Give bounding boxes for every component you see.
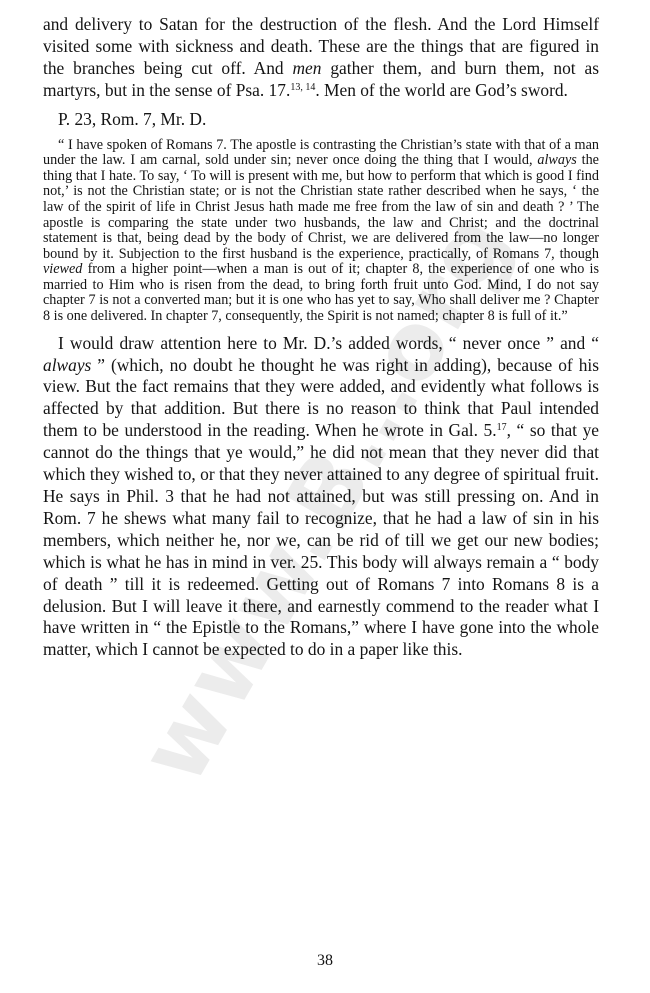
document-page: and delivery to Satan for the destructio…: [43, 14, 599, 661]
italic-text: always: [43, 355, 91, 375]
reference-heading: P. 23, Rom. 7, Mr. D.: [58, 109, 599, 131]
text-run: the thing that I hate. To say, ‘ To will…: [43, 152, 599, 262]
paragraph-1: and delivery to Satan for the destructio…: [43, 14, 599, 102]
page-number: 38: [0, 952, 650, 970]
verse-superscript: 17: [497, 422, 507, 433]
paragraph-2: I would draw attention here to Mr. D.’s …: [43, 333, 599, 662]
italic-text: men: [292, 58, 321, 78]
text-run: , “ so that ye cannot do the things that…: [43, 420, 599, 659]
text-run: “ I have spoken of Romans 7. The apostle…: [43, 137, 599, 169]
text-run: . Men of the world are God’s sword.: [315, 80, 568, 100]
italic-text: always: [537, 152, 576, 168]
italic-text: viewed: [43, 261, 82, 277]
quotation-block: “ I have spoken of Romans 7. The apostle…: [43, 138, 599, 325]
text-run: I would draw attention here to Mr. D.’s …: [58, 333, 599, 353]
verse-superscript: 13, 14: [290, 82, 315, 93]
text-run: from a higher point—when a man is out of…: [43, 261, 599, 324]
